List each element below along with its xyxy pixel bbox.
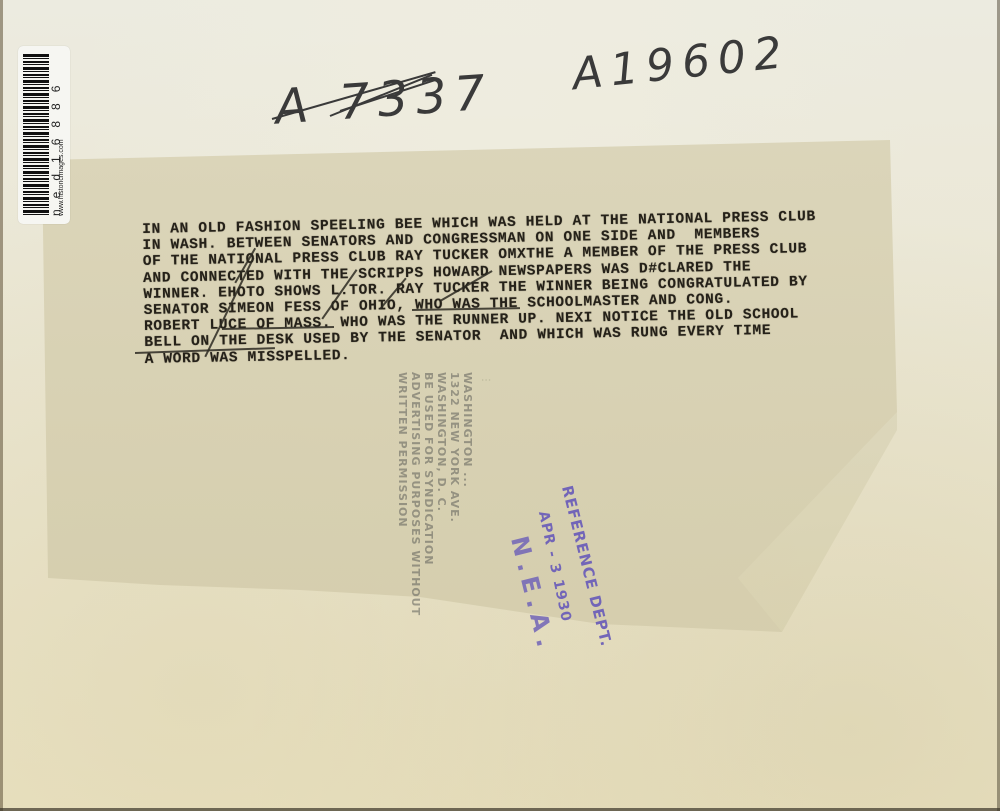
photo-edge-left (0, 0, 3, 811)
barcode-website: www.historicimages.com (58, 54, 78, 216)
typewritten-caption: IN AN OLD FASHION SPEELING BEE WHICH WAS… (142, 208, 885, 368)
faint-stamp: ⋮ (480, 375, 491, 385)
barcode-label: ned16886 www.historicimages.com (18, 46, 70, 224)
barcode-icon (23, 54, 49, 216)
copyright-stamp: WASHINGTON ... 1322 NEW YORK AVE. WASHIN… (396, 372, 474, 616)
